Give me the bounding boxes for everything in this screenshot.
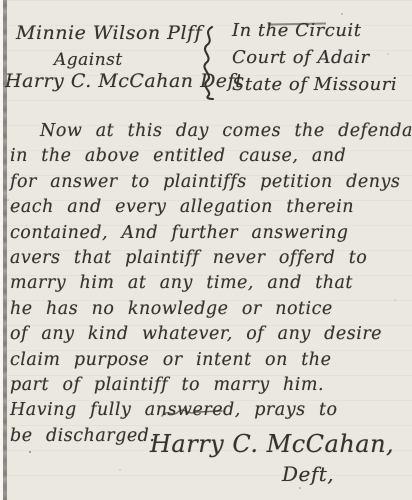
body-line: of any kind whatever, of any desire xyxy=(10,324,408,349)
signature-name: Harry C. McCahan, xyxy=(150,430,394,458)
pen-flourish-icon xyxy=(160,404,224,424)
body-line: he has no knowledge or notice xyxy=(10,299,408,324)
versus-label: Against xyxy=(54,50,123,70)
body-line: marry him at any time, and that xyxy=(10,273,408,298)
case-brace-icon xyxy=(198,26,218,104)
court-line: In the Circuit xyxy=(232,20,397,47)
body-line: part of plaintiff to marry him. xyxy=(10,375,408,400)
body-line: for answer to plaintiffs petition denys xyxy=(10,172,408,197)
body-line: in the above entitled cause, and xyxy=(10,146,408,171)
document-page: Minnie Wilson Plff Against Harry C. McCa… xyxy=(0,0,412,500)
signature-role: Deft, xyxy=(282,462,334,486)
court-line: State of Missouri xyxy=(232,74,397,101)
court-line: Court of Adair xyxy=(232,47,397,74)
body-line: claim purpose or intent on the xyxy=(10,350,408,375)
body-line: each and every allegation therein xyxy=(10,197,408,222)
body-line: Now at this day comes the defendant xyxy=(10,121,408,146)
court-caption: In the Circuit Court of Adair State of M… xyxy=(232,20,397,101)
body-line: contained, And further answering xyxy=(10,223,408,248)
body-line: avers that plaintiff never offerd to xyxy=(10,248,408,273)
plaintiff-name: Minnie Wilson Plff xyxy=(16,22,202,44)
answer-body: Now at this day comes the defendant in t… xyxy=(10,121,408,451)
